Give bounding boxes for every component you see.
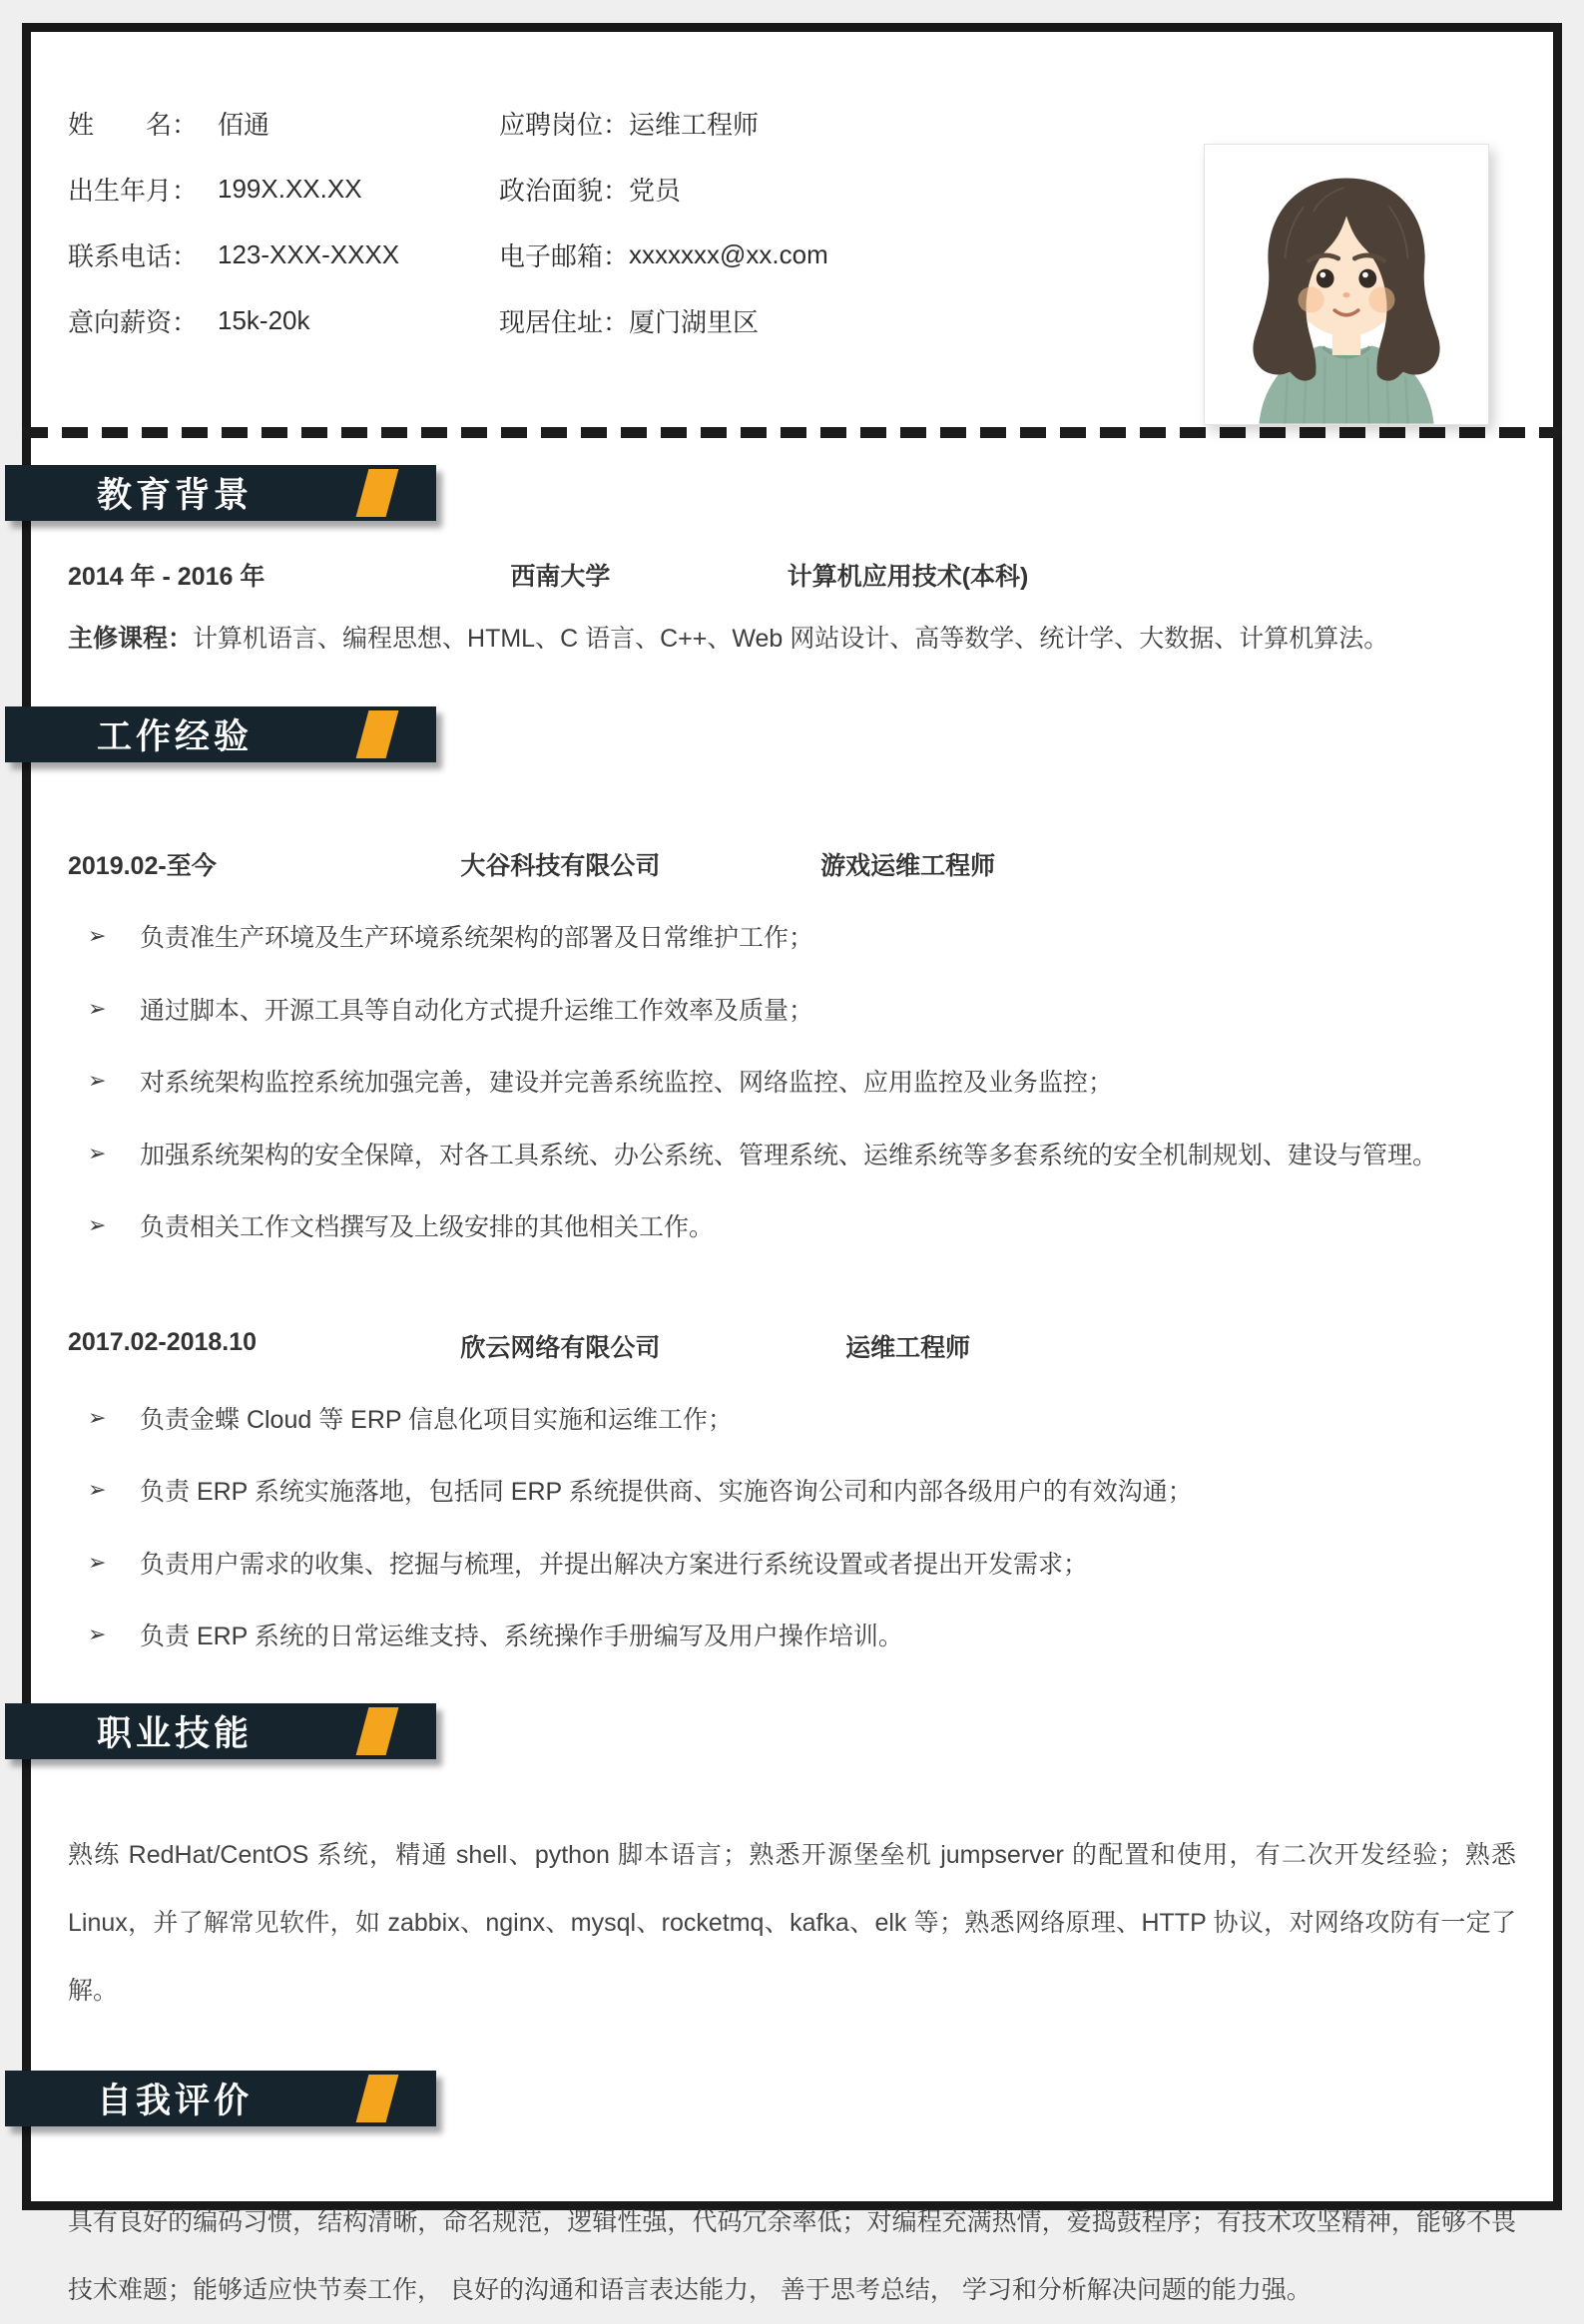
arrow-bullet-icon: ➢ bbox=[68, 1140, 140, 1172]
section-title-work: 工作经验 bbox=[97, 709, 253, 759]
section-title-education: 教育背景 bbox=[97, 468, 253, 518]
list-item: ➢ 负责准生产环境及生产环境系统架构的部署及日常维护工作； bbox=[68, 922, 1516, 955]
info-row-name: 姓 名： 佰通 bbox=[68, 90, 499, 156]
list-item: ➢ 负责相关工作文档撰写及上级安排的其他相关工作。 bbox=[68, 1211, 1516, 1244]
arrow-bullet-icon: ➢ bbox=[68, 1404, 140, 1437]
name-label: 姓 名： bbox=[68, 105, 218, 142]
arrow-bullet-icon: ➢ bbox=[68, 995, 140, 1028]
list-item: ➢ 负责 ERP 系统的日常运维支持、系统操作手册编写及用户操作培训。 bbox=[68, 1621, 1516, 1653]
job-bullet-list: ➢ 负责金蝶 Cloud 等 ERP 信息化项目实施和运维工作； ➢ 负责 ER… bbox=[68, 1404, 1516, 1653]
email-value: xxxxxxx@xx.com bbox=[629, 239, 828, 270]
education-school: 西南大学 bbox=[386, 557, 734, 593]
accent-parallelogram-icon bbox=[356, 469, 399, 517]
arrow-bullet-icon: ➢ bbox=[68, 922, 140, 955]
avatar-illustration bbox=[1205, 145, 1488, 424]
arrow-bullet-icon: ➢ bbox=[68, 1621, 140, 1653]
arrow-bullet-icon: ➢ bbox=[68, 1476, 140, 1509]
section-header-work: 工作经验 bbox=[5, 706, 436, 762]
bullet-text: 加强系统架构的安全保障，对各工具系统、办公系统、管理系统、运维系统等多套系统的安… bbox=[140, 1140, 1516, 1172]
list-item: ➢ 对系统架构监控系统加强完善，建设并完善系统监控、网络监控、应用监控及业务监控… bbox=[68, 1067, 1516, 1100]
job-entry: 2019.02-至今 大谷科技有限公司 游戏运维工程师 ➢ 负责准生产环境及生产… bbox=[68, 846, 1516, 1244]
birth-label: 出生年月： bbox=[68, 171, 218, 208]
info-row-birth: 出生年月： 199X.XX.XX bbox=[68, 156, 499, 222]
name-value: 佰通 bbox=[218, 105, 269, 142]
phone-label: 联系电话： bbox=[68, 236, 218, 273]
list-item: ➢ 通过脚本、开源工具等自动化方式提升运维工作效率及质量； bbox=[68, 995, 1516, 1028]
education-row: 2014 年 - 2016 年 西南大学 计算机应用技术(本科) bbox=[68, 557, 1516, 593]
email-label: 电子邮箱： bbox=[499, 236, 629, 273]
work-experience-section: 2019.02-至今 大谷科技有限公司 游戏运维工程师 ➢ 负责准生产环境及生产… bbox=[68, 846, 1516, 1653]
education-major: 计算机应用技术(本科) bbox=[734, 557, 1081, 593]
job-header: 2019.02-至今 大谷科技有限公司 游戏运维工程师 bbox=[68, 846, 1516, 882]
dashed-divider bbox=[22, 427, 1562, 438]
section-header-skills: 职业技能 bbox=[5, 1703, 436, 1759]
salary-value: 15k-20k bbox=[218, 305, 310, 336]
job-period: 2019.02-至今 bbox=[68, 846, 386, 882]
political-value: 党员 bbox=[629, 171, 681, 208]
job-title: 游戏运维工程师 bbox=[734, 846, 1081, 882]
job-company: 欣云网络有限公司 bbox=[386, 1328, 734, 1364]
address-value: 厦门湖里区 bbox=[629, 302, 759, 339]
political-label: 政治面貌： bbox=[499, 171, 629, 208]
salary-label: 意向薪资： bbox=[68, 302, 218, 339]
section-title-skills: 职业技能 bbox=[97, 1706, 253, 1756]
education-section: 2014 年 - 2016 年 西南大学 计算机应用技术(本科) 主修课程：计算… bbox=[68, 557, 1516, 655]
info-row-salary: 意向薪资： 15k-20k bbox=[68, 287, 499, 353]
courses-row: 主修课程：计算机语言、编程思想、HTML、C 语言、C++、Web 网站设计、高… bbox=[68, 619, 1516, 655]
courses-label: 主修课程： bbox=[68, 625, 193, 653]
bullet-text: 负责准生产环境及生产环境系统架构的部署及日常维护工作； bbox=[140, 922, 1516, 955]
job-company: 大谷科技有限公司 bbox=[386, 846, 734, 882]
phone-value: 123-XXX-XXXX bbox=[218, 239, 399, 270]
info-column-left: 姓 名： 佰通 出生年月： 199X.XX.XX 联系电话： 123-XXX-X… bbox=[68, 90, 499, 353]
photo-frame bbox=[1204, 144, 1489, 425]
list-item: ➢ 负责 ERP 系统实施落地，包括同 ERP 系统提供商、实施咨询公司和内部各… bbox=[68, 1476, 1516, 1509]
job-period: 2017.02-2018.10 bbox=[68, 1328, 386, 1364]
job-bullet-list: ➢ 负责准生产环境及生产环境系统架构的部署及日常维护工作； ➢ 通过脚本、开源工… bbox=[68, 922, 1516, 1244]
bullet-text: 负责 ERP 系统的日常运维支持、系统操作手册编写及用户操作培训。 bbox=[140, 1621, 1516, 1653]
section-header-education: 教育背景 bbox=[5, 465, 436, 521]
bullet-text: 通过脚本、开源工具等自动化方式提升运维工作效率及质量； bbox=[140, 995, 1516, 1028]
evaluation-paragraph: 具有良好的编码习惯，结构清晰，命名规范，逻辑性强，代码冗余率低；对编程充满热情，… bbox=[68, 2188, 1516, 2324]
section-title-evaluation: 自我评价 bbox=[97, 2074, 253, 2123]
info-row-phone: 联系电话： 123-XXX-XXXX bbox=[68, 222, 499, 287]
bullet-text: 负责 ERP 系统实施落地，包括同 ERP 系统提供商、实施咨询公司和内部各级用… bbox=[140, 1476, 1516, 1509]
list-item: ➢ 负责金蝶 Cloud 等 ERP 信息化项目实施和运维工作； bbox=[68, 1404, 1516, 1437]
resume-page: 姓 名： 佰通 出生年月： 199X.XX.XX 联系电话： 123-XXX-X… bbox=[22, 23, 1562, 2210]
address-label: 现居住址： bbox=[499, 302, 629, 339]
list-item: ➢ 加强系统架构的安全保障，对各工具系统、办公系统、管理系统、运维系统等多套系统… bbox=[68, 1140, 1516, 1172]
bullet-text: 负责用户需求的收集、挖掘与梳理，并提出解决方案进行系统设置或者提出开发需求； bbox=[140, 1549, 1516, 1582]
section-header-evaluation: 自我评价 bbox=[5, 2071, 436, 2126]
bullet-text: 负责金蝶 Cloud 等 ERP 信息化项目实施和运维工作； bbox=[140, 1404, 1516, 1437]
bullet-text: 负责相关工作文档撰写及上级安排的其他相关工作。 bbox=[140, 1211, 1516, 1244]
accent-parallelogram-icon bbox=[356, 710, 399, 758]
accent-parallelogram-icon bbox=[356, 1707, 399, 1755]
arrow-bullet-icon: ➢ bbox=[68, 1067, 140, 1100]
position-label: 应聘岗位： bbox=[499, 105, 629, 142]
education-period: 2014 年 - 2016 年 bbox=[68, 557, 386, 593]
list-item: ➢ 负责用户需求的收集、挖掘与梳理，并提出解决方案进行系统设置或者提出开发需求； bbox=[68, 1549, 1516, 1582]
job-entry: 2017.02-2018.10 欣云网络有限公司 运维工程师 ➢ 负责金蝶 Cl… bbox=[68, 1328, 1516, 1653]
birth-value: 199X.XX.XX bbox=[218, 174, 362, 205]
arrow-bullet-icon: ➢ bbox=[68, 1211, 140, 1244]
skills-paragraph: 熟练 RedHat/CentOS 系统，精通 shell、python 脚本语言… bbox=[68, 1821, 1516, 2025]
bullet-text: 对系统架构监控系统加强完善，建设并完善系统监控、网络监控、应用监控及业务监控； bbox=[140, 1067, 1516, 1100]
job-header: 2017.02-2018.10 欣云网络有限公司 运维工程师 bbox=[68, 1328, 1516, 1364]
courses-text: 计算机语言、编程思想、HTML、C 语言、C++、Web 网站设计、高等数学、统… bbox=[193, 625, 1388, 653]
arrow-bullet-icon: ➢ bbox=[68, 1549, 140, 1582]
job-title: 运维工程师 bbox=[734, 1328, 1081, 1364]
position-value: 运维工程师 bbox=[629, 105, 759, 142]
accent-parallelogram-icon bbox=[356, 2075, 399, 2122]
